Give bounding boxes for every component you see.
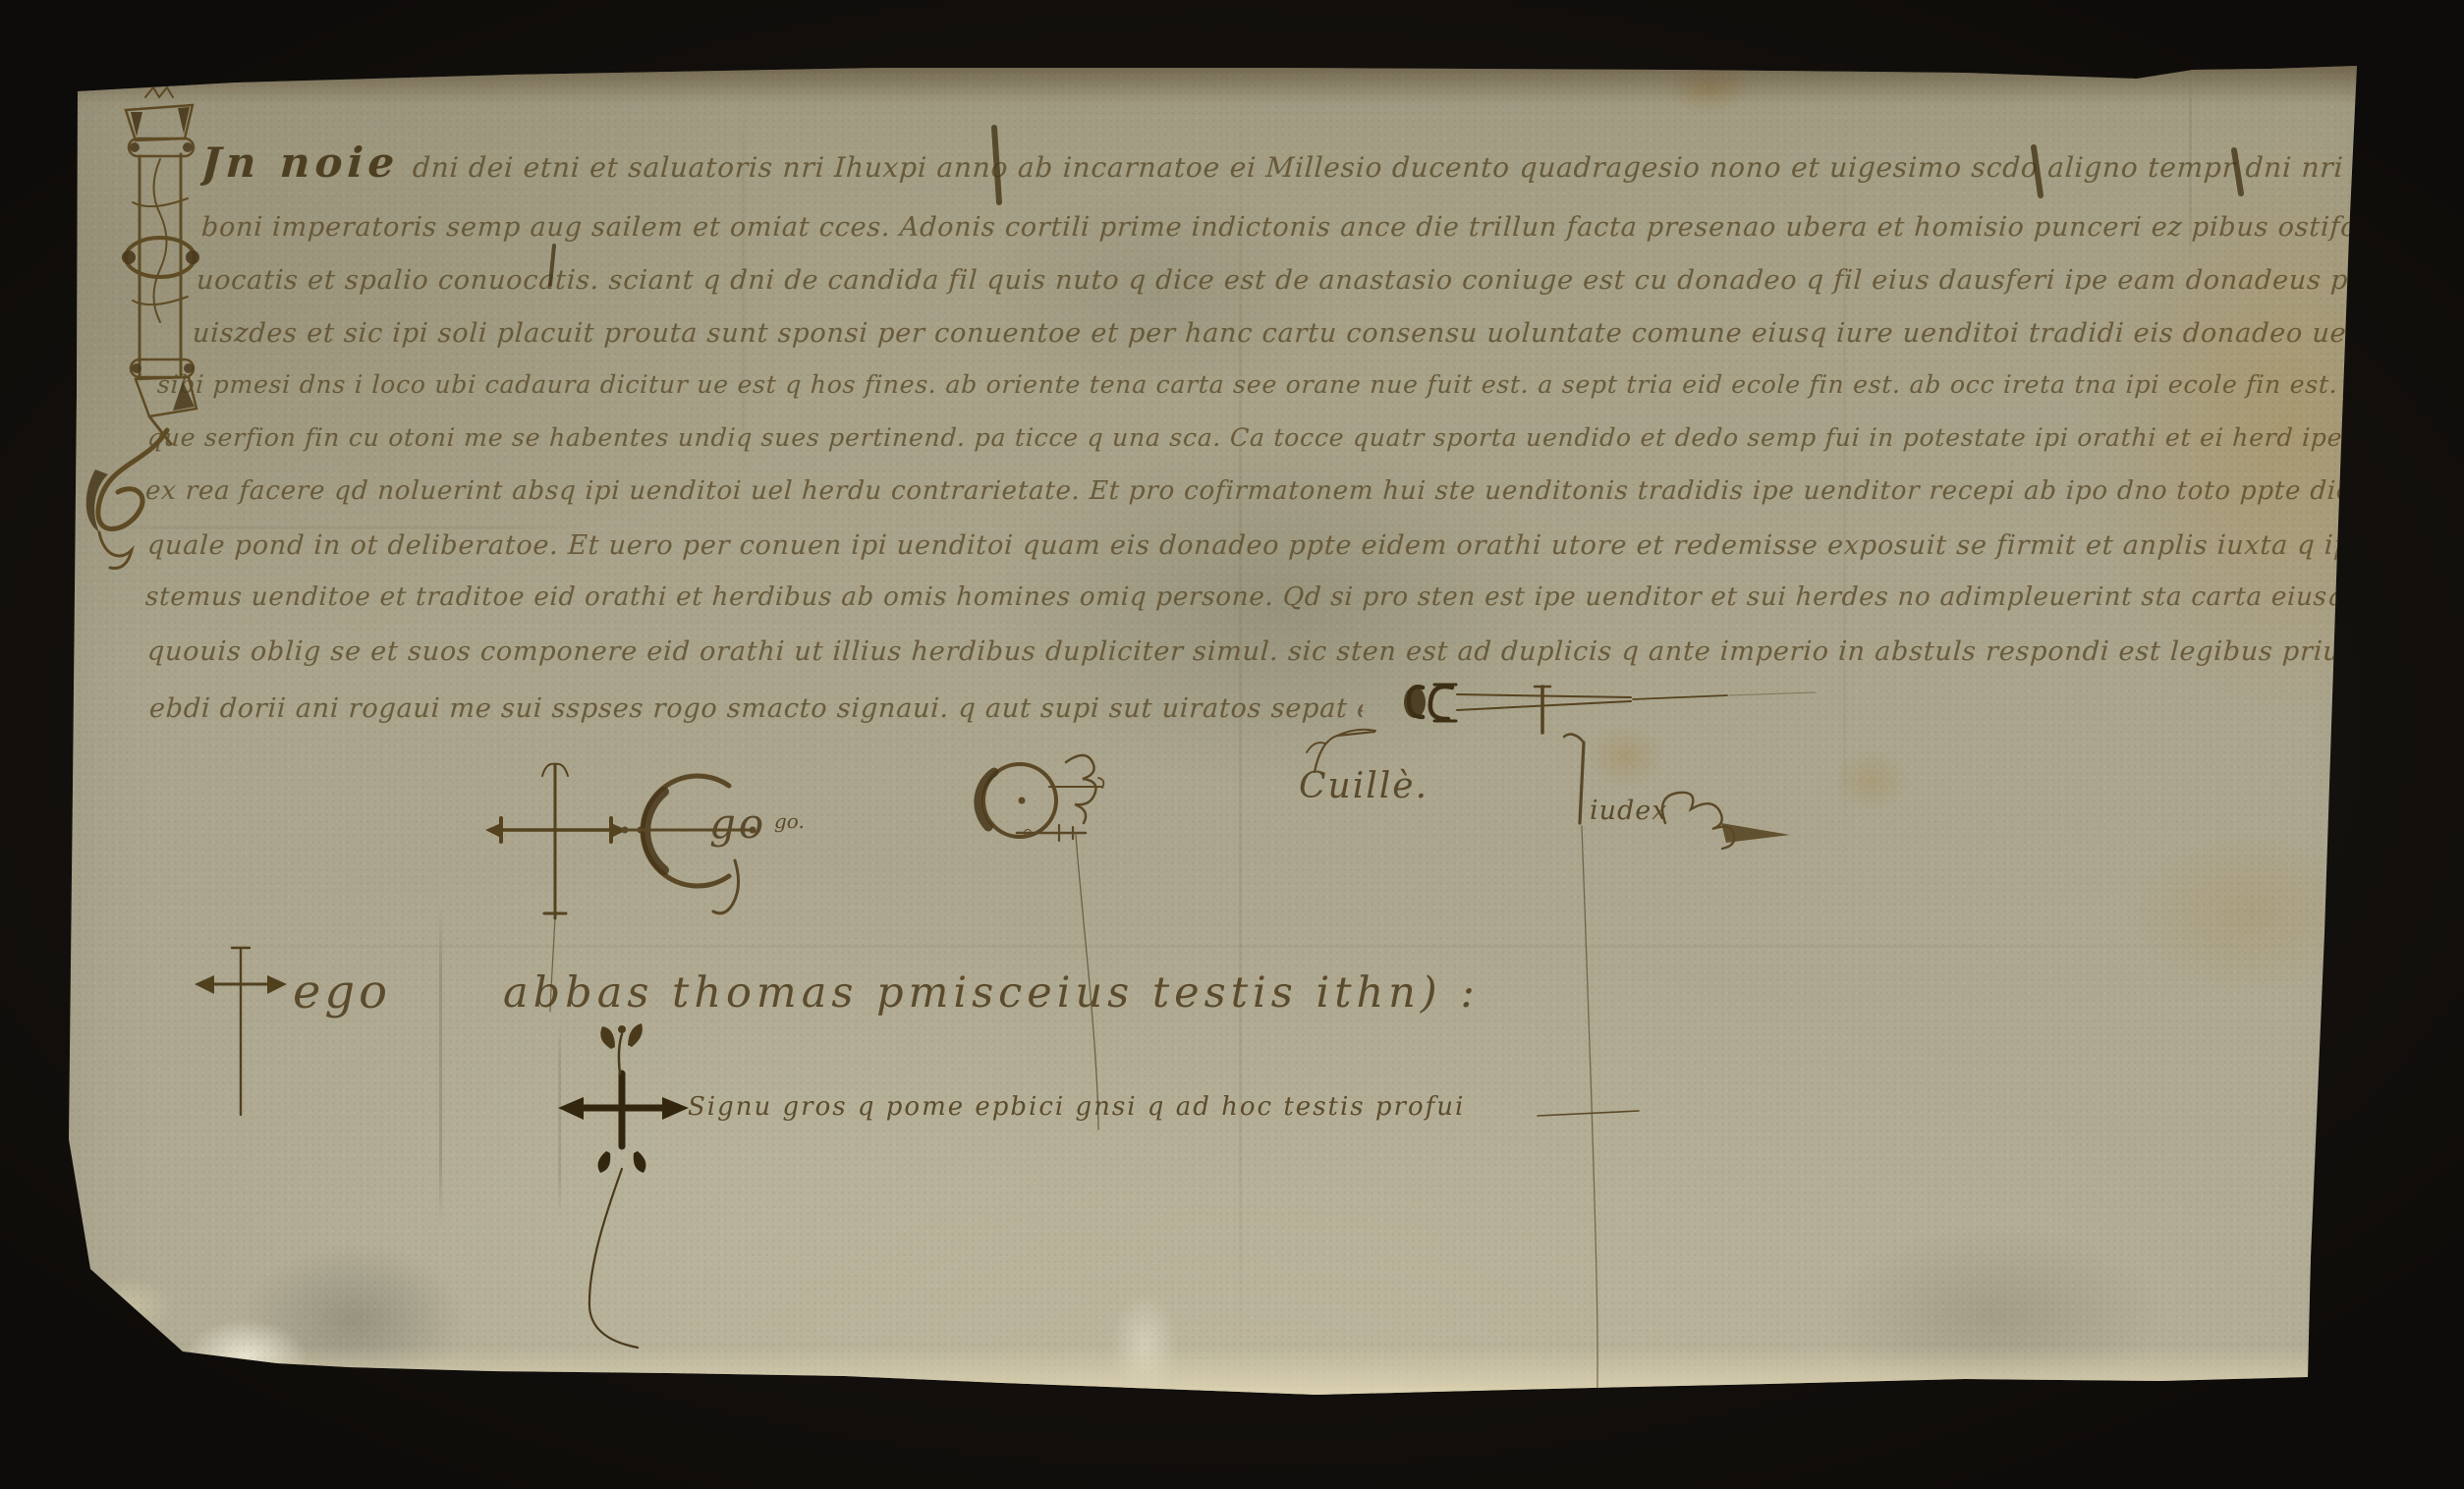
parchment: Jn noiedni dei etni et saluatoris nri Ih… [0,0,2464,1489]
charter-photograph: Jn noiedni dei etni et saluatoris nri Ih… [0,0,2464,1489]
parchment-vignette [0,0,2464,1489]
